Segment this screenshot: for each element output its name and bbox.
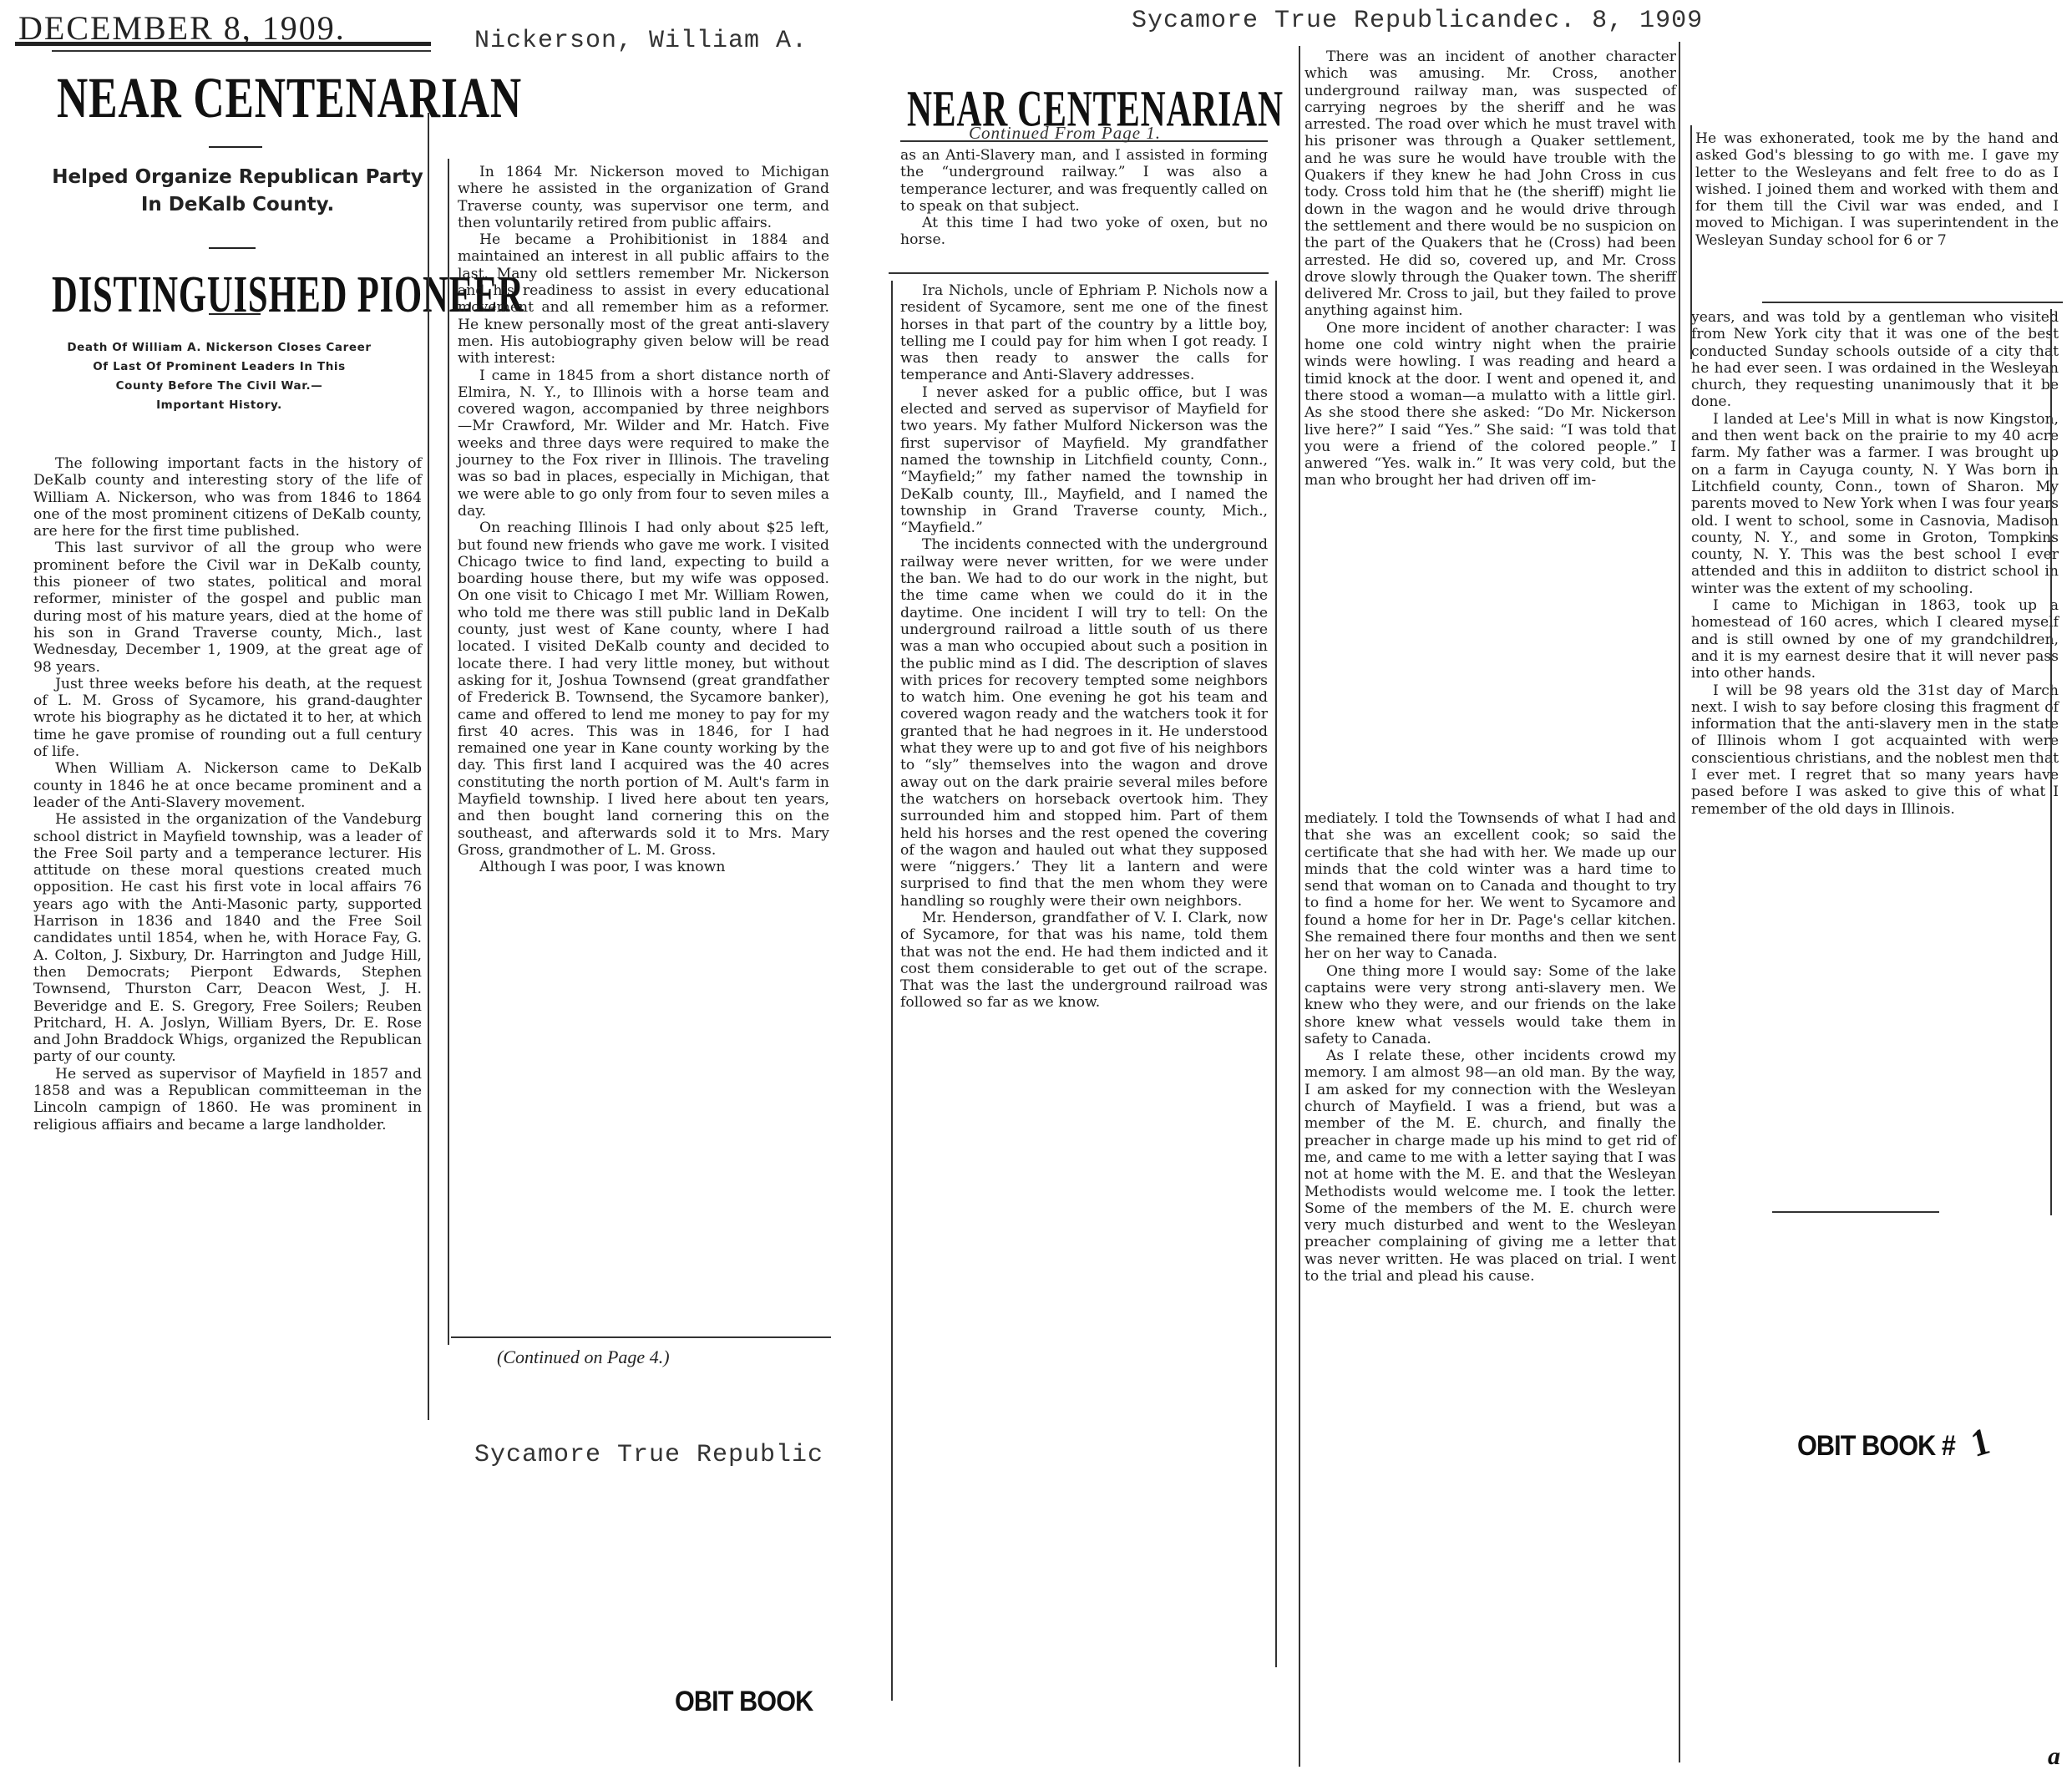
divider [1762,302,2063,303]
continued-note: (Continued on Page 4.) [497,1347,670,1368]
paragraph: I came in 1845 from a short distance nor… [458,368,829,520]
article-end-rule [1772,1211,1939,1213]
paragraph: I never asked for a public office, but I… [900,384,1268,537]
column-rule [2050,309,2052,1215]
source-label: Sycamore True Republic [474,1441,823,1469]
column-rule [1679,42,1680,1762]
obit-book-label: OBIT BOOK # [1797,1430,1955,1462]
article-column-4: There was an incident of another charact… [1304,48,1676,489]
paragraph: He assisted in the organization of the V… [33,811,422,1065]
headline: NEAR CENTENARIAN [57,65,522,131]
paragraph: I landed at Lee's Mill in what is now Ki… [1691,411,2059,597]
deck-line: County Before The Civil War.— [46,377,393,396]
column-rule [428,113,429,1420]
paragraph: I came to Michigan in 1863, took up a ho… [1691,597,2059,682]
paragraph: In 1864 Mr. Nickerson moved to Michigan … [458,164,829,231]
column-rule [1299,46,1300,1767]
divider [209,146,262,148]
obit-book-number: 1 [1967,1418,1993,1466]
article-column-4-continued: mediately. I told the Townsends of what … [1304,810,1676,1285]
article-column-5: years, and was told by a gentleman who v… [1691,309,2059,818]
deck: Death Of William A. Nickerson Closes Car… [46,338,393,415]
paragraph: At this time I had two yoke of oxen, but… [900,215,1268,249]
divider [900,140,1268,142]
obit-book-stamp: OBIT BOOK [675,1686,813,1718]
deck-line: Death Of William A. Nickerson Closes Car… [46,338,393,358]
paragraph: I will be 98 years old the 31st day of M… [1691,682,2059,818]
paragraph: The following important facts in the his… [33,455,422,540]
divider [209,313,261,315]
subheadline: Helped Organize Republican Party In DeKa… [52,164,423,219]
column-end-rule [451,1336,831,1338]
divider [889,272,1269,274]
article-column-1: The following important facts in the his… [33,455,422,1134]
obit-book-number-stamp: OBIT BOOK # 1 [1797,1420,1988,1464]
article-column-3: Ira Nichols, uncle of Ephriam P. Nichols… [900,282,1268,1012]
paragraph: Ira Nichols, uncle of Ephriam P. Nichols… [900,282,1268,384]
deck-line: Important History. [46,396,393,415]
paragraph: The incidents connected with the undergr… [900,536,1268,910]
paragraph: He served as supervisor of Mayfield in 1… [33,1066,422,1134]
paragraph: He became a Prohibitionist in 1884 and m… [458,231,829,367]
paragraph: He was exhonerated, took me by the hand … [1695,130,2059,249]
paragraph: Mr. Henderson, grandfather of V. I. Clar… [900,910,1268,1012]
column-rule [1275,281,1277,1667]
deck-line: Of Last Of Prominent Leaders In This [46,358,393,377]
masthead-rule [15,42,431,46]
name-label: Nickerson, William A. [474,27,808,55]
paragraph: as an Anti-Slavery man, and I assisted i… [900,147,1268,215]
paragraph: Just three weeks before his death, at th… [33,676,422,760]
paragraph: mediately. I told the Townsends of what … [1304,810,1676,963]
article-column-3-top: as an Anti-Slavery man, and I assisted i… [900,147,1268,249]
article-column-2: In 1864 Mr. Nickerson moved to Michigan … [458,164,829,875]
paragraph: On reaching Illinois I had only about $2… [458,520,829,859]
article-column-5-top: He was exhonerated, took me by the hand … [1695,130,2059,249]
paragraph: years, and was told by a gentleman who v… [1691,309,2059,411]
source-date-label: Sycamore True Republicandec. 8, 1909 [1132,7,1703,35]
paragraph: There was an incident of another charact… [1304,48,1676,320]
paragraph: As I relate these, other incidents crowd… [1304,1047,1676,1285]
subheadline-line: In DeKalb County. [52,191,423,219]
column-rule [891,281,893,1701]
column-rule [448,159,449,1345]
divider [209,247,256,249]
masthead-rule-thin [52,50,431,52]
corner-mark: a [2048,1742,2060,1770]
paragraph: One more incident of another character: … [1304,320,1676,489]
subheadline-line: Helped Organize Republican Party [52,164,423,191]
paragraph: One thing more I would say: Some of the … [1304,963,1676,1047]
paragraph: Although I was poor, I was known [458,859,829,875]
headline-secondary: DISTINGUISHED PIONEER [52,266,524,325]
paragraph: When William A. Nickerson came to DeKalb… [33,760,422,811]
paragraph: This last survivor of all the group who … [33,540,422,675]
